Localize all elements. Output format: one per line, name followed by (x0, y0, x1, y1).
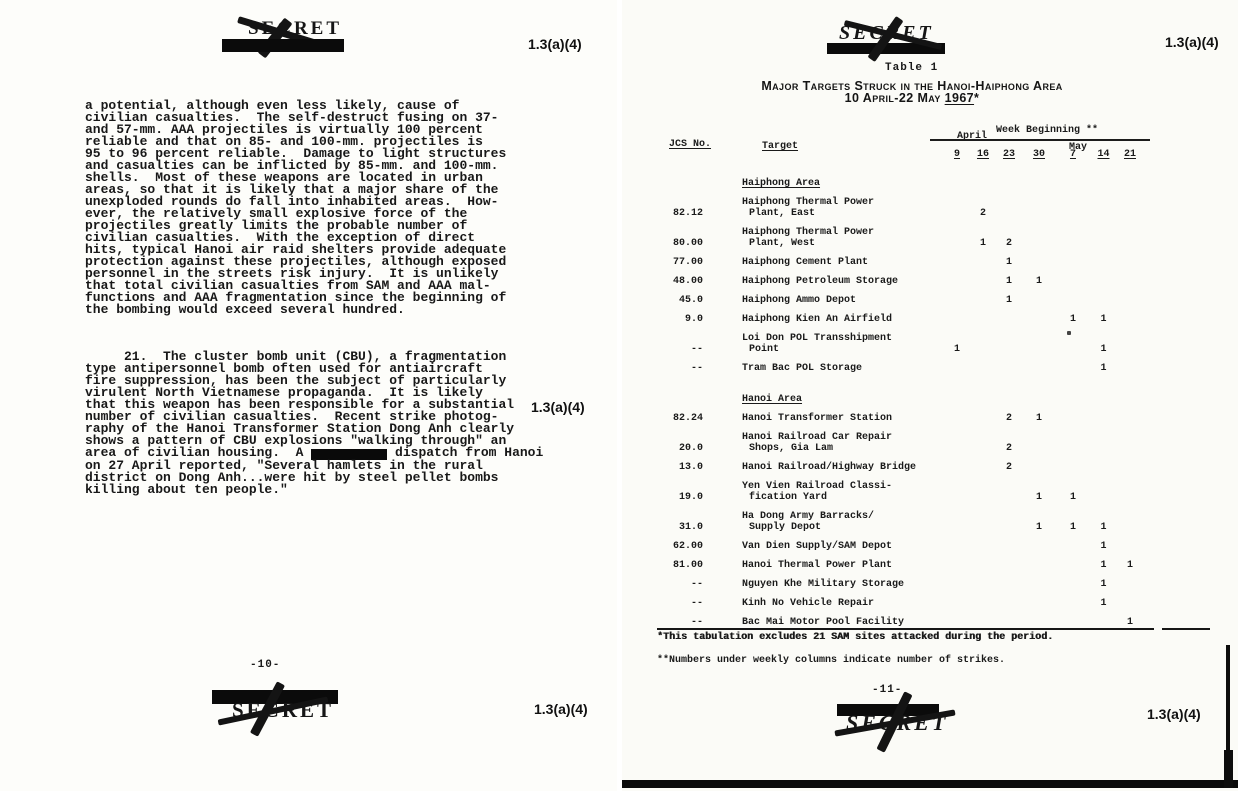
declass-marking: 1.3(a)(4) (531, 399, 585, 415)
jcs-number: 82.12 (657, 208, 727, 219)
target-row: 45.0Haiphong Ammo Depot1 (657, 295, 1145, 306)
target-name: Haiphong Petroleum Storage (727, 276, 942, 287)
target-name-line: Shops, Gia Lam (742, 443, 942, 454)
footnote-rule (657, 628, 1154, 630)
target-name-line: Hanoi Transformer Station (742, 413, 942, 424)
target-name-line: Loi Don POL Transshipment (742, 333, 942, 344)
target-name-line: Nguyen Khe Military Storage (742, 579, 942, 590)
target-name-line: Point (742, 344, 942, 355)
jcs-number: -- (657, 579, 727, 590)
target-row: --Tram Bac POL Storage1 (657, 363, 1145, 374)
paragraph-20: a potential, although even less likely, … (85, 100, 537, 316)
section-name: Hanoi Area (657, 394, 1145, 405)
target-name: Hanoi Transformer Station (727, 413, 942, 424)
scan-edge-artifact (1224, 750, 1233, 788)
target-name-line: Van Dien Supply/SAM Depot (742, 541, 942, 552)
target-row: --Kinh No Vehicle Repair1 (657, 598, 1145, 609)
target-row: 82.24Hanoi Transformer Station21 (657, 413, 1145, 424)
target-name-line: Ha Dong Army Barracks/ (742, 511, 942, 522)
strike-count: 1 (1024, 492, 1054, 503)
strike-count: 1 (972, 238, 994, 249)
column-header-week-beginning: Week Beginning ** (996, 125, 1098, 136)
target-name-line: Haiphong Thermal Power (742, 227, 942, 238)
spacer (657, 149, 727, 160)
footnotes: *This tabulation excludes 21 SAM sites a… (657, 627, 1217, 666)
strike-count: 2 (994, 238, 1024, 249)
paragraph-21: 21. The cluster bomb unit (CBU), a fragm… (85, 351, 537, 496)
targets-table: JCS No. Target Week Beginning ** April M… (622, 0, 1238, 791)
target-row: 81.00Hanoi Thermal Power Plant11 (657, 560, 1145, 571)
strike-count: 1 (1092, 579, 1115, 590)
strike-count: 1 (994, 276, 1024, 287)
target-name: Yen Vien Railroad Classi-fication Yard (727, 481, 942, 503)
strike-count: 1 (942, 344, 972, 355)
strike-count: 1 (1024, 413, 1054, 424)
target-row: 48.00Haiphong Petroleum Storage11 (657, 276, 1145, 287)
target-row: --Loi Don POL TransshipmentPoint11 (657, 333, 1145, 355)
target-name: Haiphong Thermal PowerPlant, West (727, 227, 942, 249)
paragraph-21-text-a: 21. The cluster bomb unit (CBU), a fragm… (85, 349, 514, 460)
target-name-line: Yen Vien Railroad Classi- (742, 481, 942, 492)
jcs-number: -- (657, 344, 727, 355)
target-name-line: Haiphong Thermal Power (742, 197, 942, 208)
document-scan: SECRET 1.3(a)(4) a potential, although e… (0, 0, 1238, 791)
target-name: Haiphong Ammo Depot (727, 295, 942, 306)
table-rows: Haiphong Area82.12Haiphong Thermal Power… (657, 178, 1145, 636)
target-row: 80.00Haiphong Thermal PowerPlant, West12 (657, 227, 1145, 249)
jcs-number: 19.0 (657, 492, 727, 503)
secret-stamp-top-left: SECRET (222, 14, 352, 54)
week-day-header: 7 (1054, 149, 1092, 160)
target-name-line: Haiphong Ammo Depot (742, 295, 942, 306)
secret-stamp-bottom-left: SECRET (205, 684, 415, 744)
target-name-line: fication Yard (742, 492, 942, 503)
jcs-number: 80.00 (657, 238, 727, 249)
target-name-line: Tram Bac POL Storage (742, 363, 942, 374)
strike-count: 1 (1092, 363, 1115, 374)
target-name: Hanoi Thermal Power Plant (727, 560, 942, 571)
scan-speck (1067, 331, 1071, 335)
declass-marking: 1.3(a)(4) (534, 701, 588, 717)
jcs-number: 45.0 (657, 295, 727, 306)
target-name-line: Plant, East (742, 208, 942, 219)
strike-count: 1 (1054, 492, 1092, 503)
jcs-number: 9.0 (657, 314, 727, 325)
spacer (727, 149, 942, 160)
strike-count: 1 (1092, 560, 1115, 571)
target-name: Loi Don POL TransshipmentPoint (727, 333, 942, 355)
jcs-number: 31.0 (657, 522, 727, 533)
declass-marking: 1.3(a)(4) (528, 36, 582, 52)
week-day-header: 21 (1115, 149, 1145, 160)
strike-count: 1 (1024, 276, 1054, 287)
strike-count: 1 (1024, 522, 1054, 533)
jcs-number: 13.0 (657, 462, 727, 473)
jcs-number: 48.00 (657, 276, 727, 287)
redaction-bar (222, 39, 344, 52)
declass-marking: 1.3(a)(4) (1147, 706, 1201, 722)
target-name-line: Plant, West (742, 238, 942, 249)
strike-count: 2 (972, 208, 994, 219)
footnote-2: **Numbers under weekly columns indicate … (657, 643, 1217, 666)
jcs-number: 20.0 (657, 443, 727, 454)
target-name-line: Haiphong Cement Plant (742, 257, 942, 268)
week-days-row: 916233071421 (657, 149, 1145, 160)
scan-edge-artifact (1226, 645, 1230, 755)
jcs-number: 62.00 (657, 541, 727, 552)
target-name: Van Dien Supply/SAM Depot (727, 541, 942, 552)
strike-count: 1 (1092, 344, 1115, 355)
target-name-line: Hanoi Railroad/Highway Bridge (742, 462, 942, 473)
target-name: Kinh No Vehicle Repair (727, 598, 942, 609)
target-name: Ha Dong Army Barracks/Supply Depot (727, 511, 942, 533)
target-row: 13.0Hanoi Railroad/Highway Bridge2 (657, 462, 1145, 473)
target-name: Haiphong Kien An Airfield (727, 314, 942, 325)
page-number: -10- (250, 659, 280, 671)
column-header-april: April (957, 131, 987, 142)
target-name: Haiphong Cement Plant (727, 257, 942, 268)
target-row: 31.0Ha Dong Army Barracks/Supply Depot11… (657, 511, 1145, 533)
target-row: 19.0Yen Vien Railroad Classi-fication Ya… (657, 481, 1145, 503)
target-row: --Nguyen Khe Military Storage1 (657, 579, 1145, 590)
jcs-number: -- (657, 363, 727, 374)
week-day-header: 16 (972, 149, 994, 160)
strike-count: 1 (1115, 560, 1145, 571)
target-name-line: Supply Depot (742, 522, 942, 533)
target-row: 82.12Haiphong Thermal PowerPlant, East2 (657, 197, 1145, 219)
strike-count: 1 (1092, 598, 1115, 609)
target-row: 9.0Haiphong Kien An Airfield11 (657, 314, 1145, 325)
strike-count: 1 (1054, 314, 1092, 325)
strike-count: 2 (994, 462, 1024, 473)
target-name: Hanoi Railroad/Highway Bridge (727, 462, 942, 473)
target-name-line: Hanoi Thermal Power Plant (742, 560, 942, 571)
target-row: 62.00Van Dien Supply/SAM Depot1 (657, 541, 1145, 552)
target-name-line: Hanoi Railroad Car Repair (742, 432, 942, 443)
section-name: Haiphong Area (657, 178, 1145, 189)
target-row: 77.00Haiphong Cement Plant1 (657, 257, 1145, 268)
strike-count: 1 (1092, 541, 1115, 552)
jcs-number: -- (657, 598, 727, 609)
target-name-line: Haiphong Kien An Airfield (742, 314, 942, 325)
scan-edge-artifact (622, 780, 1238, 788)
target-name: Nguyen Khe Military Storage (727, 579, 942, 590)
page-number: -11- (872, 684, 902, 696)
week-day-header: 9 (942, 149, 972, 160)
strike-count: 2 (994, 443, 1024, 454)
page-right: SECRET 1.3(a)(4) Table 1 Major Targets S… (622, 0, 1238, 791)
strike-count: 1 (994, 295, 1024, 306)
target-name: Tram Bac POL Storage (727, 363, 942, 374)
target-name-line: Kinh No Vehicle Repair (742, 598, 942, 609)
jcs-number: 82.24 (657, 413, 727, 424)
secret-stamp-bottom-right: SECRET (832, 698, 982, 758)
strike-count: 1 (1092, 522, 1115, 533)
page-left: SECRET 1.3(a)(4) a potential, although e… (0, 0, 617, 791)
target-name-line: Haiphong Petroleum Storage (742, 276, 942, 287)
target-name: Hanoi Railroad Car RepairShops, Gia Lam (727, 432, 942, 454)
jcs-number: 81.00 (657, 560, 727, 571)
target-name: Haiphong Thermal PowerPlant, East (727, 197, 942, 219)
strike-count: 1 (1054, 522, 1092, 533)
body-text: a potential, although even less likely, … (85, 76, 537, 520)
week-day-header: 30 (1024, 149, 1054, 160)
strike-count: 2 (994, 413, 1024, 424)
target-row: 20.0Hanoi Railroad Car RepairShops, Gia … (657, 432, 1145, 454)
footnote-rule (1162, 628, 1210, 630)
jcs-number: 77.00 (657, 257, 727, 268)
week-day-header: 14 (1092, 149, 1115, 160)
week-day-header: 23 (994, 149, 1024, 160)
strike-count: 1 (1092, 314, 1115, 325)
strike-count: 1 (994, 257, 1024, 268)
